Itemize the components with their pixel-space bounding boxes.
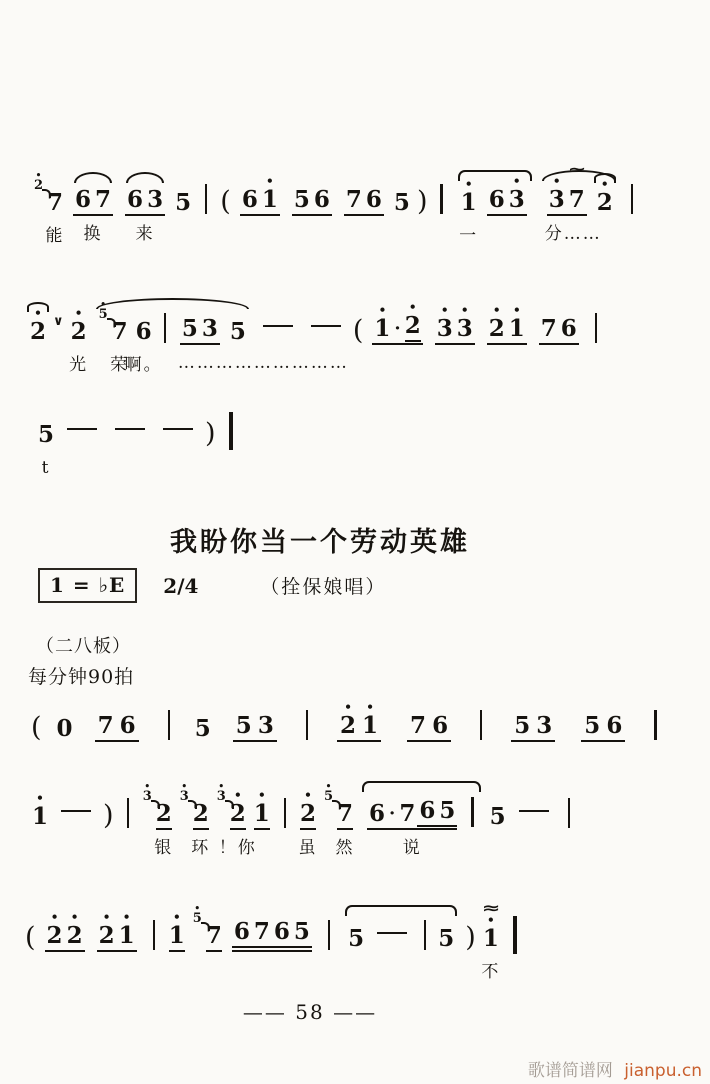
note: 7 bbox=[254, 919, 270, 945]
beam-group: 53……………………… bbox=[180, 316, 220, 345]
barline bbox=[306, 710, 308, 740]
note-digit: 7 bbox=[346, 187, 362, 213]
barline bbox=[153, 920, 155, 950]
note: 1•≈不 bbox=[483, 926, 499, 952]
note: 6 bbox=[366, 187, 382, 213]
music-line-3: (2•2•2•1•1•7•5676555)1•≈不 bbox=[22, 922, 527, 952]
note-digit: 6 bbox=[561, 316, 577, 342]
music-line-prev-1: 7•2能67换63来5(61•56765)1•一63•3•7~分……2• bbox=[30, 186, 643, 216]
beam-group: 3•7~分…… bbox=[547, 187, 587, 216]
duration-dash bbox=[263, 325, 293, 328]
note-digit: 1 bbox=[362, 713, 378, 739]
duration-dash bbox=[115, 428, 145, 431]
note-digit: 1 bbox=[461, 190, 477, 216]
music-line-2: 1•)2•3银2•3环2••3！你1•2•虽7•5然6·765说5 bbox=[28, 800, 580, 830]
octave-dot-icon: • bbox=[549, 177, 565, 186]
lyric: 啊。 bbox=[125, 350, 163, 375]
grace-hook-icon bbox=[107, 318, 116, 327]
note-digit: 5 bbox=[230, 319, 246, 345]
parenthesis: ) bbox=[417, 189, 428, 215]
barline bbox=[595, 313, 597, 343]
note: 7•5荣 bbox=[112, 319, 128, 345]
lyric: 光 bbox=[69, 350, 88, 375]
octave-dot-icon: • bbox=[405, 303, 421, 312]
note: · bbox=[394, 314, 400, 342]
note-digit: 6 bbox=[242, 187, 258, 213]
lyric: 银 bbox=[154, 833, 173, 858]
note: 5 bbox=[294, 919, 310, 945]
note: 2•光 bbox=[71, 319, 87, 345]
parenthesis: ) bbox=[205, 421, 216, 447]
note: 7~ bbox=[569, 187, 585, 213]
beam-group: 53 bbox=[511, 713, 555, 742]
barline bbox=[164, 313, 166, 343]
note-digit: 2 bbox=[597, 190, 613, 216]
note: 2• bbox=[99, 923, 115, 949]
note: 3 bbox=[202, 316, 218, 342]
note-digit: 5 bbox=[182, 316, 198, 342]
note-digit: 6 bbox=[127, 187, 143, 213]
lyric: ……………………… bbox=[178, 353, 349, 373]
note-digit: 5 bbox=[294, 187, 310, 213]
sheet-page: 7•2能67换63来5(61•56765)1•一63•3•7~分……2• 2•∨… bbox=[0, 0, 710, 1084]
note-digit: 6 bbox=[432, 713, 448, 739]
note: 1• bbox=[32, 804, 48, 830]
note: 6 bbox=[120, 713, 136, 739]
note: 6 bbox=[419, 798, 435, 824]
grace-hook-icon bbox=[151, 800, 160, 809]
grace-hook-icon bbox=[188, 800, 197, 809]
note: 2•3环 bbox=[193, 801, 209, 830]
octave-dot-icon: • bbox=[457, 306, 473, 315]
lyric: 然 bbox=[336, 833, 355, 858]
note: 2•虽 bbox=[300, 801, 316, 830]
note: 6 bbox=[561, 316, 577, 342]
beam-group: 76 bbox=[95, 713, 139, 742]
performer-note: （拴保娘唱） bbox=[260, 572, 386, 599]
note-digit: 1 bbox=[262, 187, 278, 213]
note-digit: 6 bbox=[314, 187, 330, 213]
lyric: 来 bbox=[136, 219, 155, 244]
music-line-prev-3: 5t) bbox=[34, 418, 243, 448]
note: 7•5然 bbox=[337, 801, 353, 830]
barline bbox=[654, 710, 656, 740]
note: 5 bbox=[584, 713, 600, 739]
note: 6 bbox=[75, 187, 91, 213]
lyric: 分…… bbox=[545, 219, 602, 244]
note-digit: 2 bbox=[30, 319, 46, 345]
barline bbox=[471, 797, 473, 827]
note-digit: 1 bbox=[374, 316, 390, 342]
parenthesis: ( bbox=[353, 318, 364, 344]
barline bbox=[631, 184, 633, 214]
note: 5 bbox=[490, 804, 506, 830]
octave-dot-icon: • bbox=[437, 306, 453, 315]
beam-group: 76 bbox=[344, 187, 384, 216]
note-digit: 5 bbox=[195, 716, 211, 742]
barline bbox=[424, 920, 426, 950]
lyric: 不 bbox=[481, 957, 500, 982]
octave-dot-icon: • bbox=[509, 306, 525, 315]
slur-icon bbox=[126, 172, 164, 183]
note: 1• bbox=[374, 316, 390, 342]
note: 7 bbox=[98, 713, 114, 739]
octave-dot-icon: • bbox=[461, 180, 477, 189]
beam-group: 6765 bbox=[232, 919, 312, 952]
mordent-icon: ~ bbox=[565, 160, 589, 178]
note: · bbox=[389, 799, 395, 827]
barline bbox=[168, 710, 170, 740]
note: 3 bbox=[258, 713, 274, 739]
note-digit: 0 bbox=[57, 716, 73, 742]
note-digit: 5 bbox=[175, 190, 191, 216]
note-digit: 2 bbox=[405, 313, 421, 339]
note-digit: 2 bbox=[67, 923, 83, 949]
note: 0 bbox=[57, 716, 73, 742]
grace-note: •2 bbox=[32, 174, 45, 198]
parenthesis: ( bbox=[25, 925, 36, 951]
note-digit: 2 bbox=[99, 923, 115, 949]
note: 2•3银 bbox=[156, 801, 172, 830]
duration-dash bbox=[377, 932, 407, 935]
slur-group: 1•一63• bbox=[457, 187, 533, 216]
slur-icon bbox=[345, 905, 457, 916]
note: 5 bbox=[514, 713, 530, 739]
note-digit: 1 bbox=[483, 926, 499, 952]
beam-group: 67换 bbox=[73, 187, 113, 216]
note: 2• bbox=[597, 190, 613, 216]
note-digit: 5 bbox=[490, 804, 506, 830]
slur-group: 6·765说 bbox=[361, 798, 482, 830]
slur-group: 55 bbox=[344, 922, 458, 952]
note: 7 bbox=[541, 316, 557, 342]
beam-group: 56 bbox=[292, 187, 332, 216]
note: 2• bbox=[30, 319, 46, 345]
beam-group: 1•·2• bbox=[372, 313, 422, 345]
note: 2• bbox=[489, 316, 505, 342]
note: 6 bbox=[127, 187, 143, 213]
watermark: 歌谱简谱网 jianpu.cn bbox=[528, 1056, 702, 1081]
note: 2• bbox=[405, 313, 421, 342]
note: 5 bbox=[195, 716, 211, 742]
note: 5 bbox=[439, 798, 455, 824]
octave-dot-icon: • bbox=[509, 177, 525, 186]
note-digit: · bbox=[394, 316, 400, 342]
note: 5t bbox=[38, 422, 54, 448]
lyric: 环 bbox=[191, 833, 210, 858]
note-digit: 6 bbox=[120, 713, 136, 739]
duration-dash bbox=[61, 810, 91, 813]
note: 3 bbox=[147, 187, 163, 213]
note: 1• bbox=[362, 713, 378, 739]
grace-note: •5 bbox=[97, 303, 110, 327]
grace-hook-icon bbox=[332, 800, 341, 809]
note: 6 bbox=[369, 801, 385, 827]
beam-group: 3•3• bbox=[435, 316, 475, 345]
parenthesis: ( bbox=[220, 189, 231, 215]
octave-dot-icon: • bbox=[262, 177, 278, 186]
barline bbox=[284, 798, 286, 828]
note: 5 bbox=[294, 187, 310, 213]
note-digit: · bbox=[389, 801, 395, 827]
octave-dot-icon: • bbox=[340, 703, 356, 712]
music-line-1: (0765532•1•765356 bbox=[25, 712, 673, 742]
beam-group: 63来 bbox=[125, 187, 165, 216]
watermark-site-name: 歌谱简谱网 bbox=[528, 1061, 613, 1081]
note-digit: 2 bbox=[340, 713, 356, 739]
note-digit: 3 bbox=[258, 713, 274, 739]
note: 1• bbox=[509, 316, 525, 342]
note: 7 bbox=[346, 187, 362, 213]
note: 6 bbox=[432, 713, 448, 739]
note: 1• bbox=[119, 923, 135, 949]
note: 7•5 bbox=[206, 923, 222, 952]
note-digit: 1 bbox=[254, 801, 270, 827]
duration-dash bbox=[163, 428, 193, 431]
note: 1• bbox=[262, 187, 278, 213]
grace-note: •5 bbox=[191, 907, 204, 931]
note-digit: 3 bbox=[549, 187, 565, 213]
note: 5 bbox=[236, 713, 252, 739]
note-digit: 2 bbox=[47, 923, 63, 949]
grace-note: •5 bbox=[322, 785, 335, 809]
note: 6 bbox=[314, 187, 330, 213]
octave-dot-icon: • bbox=[489, 306, 505, 315]
lyric: 能 bbox=[46, 221, 65, 246]
lyric: 说 bbox=[403, 833, 422, 858]
slur-group: 3•7~分……2• bbox=[541, 187, 617, 216]
song-title: 我盼你当一个劳动英雄 bbox=[0, 520, 640, 559]
note-digit: 3 bbox=[147, 187, 163, 213]
beam-group: 6·765说 bbox=[367, 798, 457, 830]
note-digit: 3 bbox=[202, 316, 218, 342]
lyric: t bbox=[42, 458, 51, 478]
duration-dash bbox=[67, 428, 97, 431]
note-digit: 5 bbox=[294, 919, 310, 945]
note-digit: 6 bbox=[606, 713, 622, 739]
beam-group: 76 bbox=[407, 713, 451, 742]
slur-icon bbox=[74, 172, 112, 183]
octave-dot-icon: • bbox=[254, 791, 270, 800]
beam-group: 2•1• bbox=[487, 316, 527, 345]
note: 7 bbox=[410, 713, 426, 739]
note: 6 bbox=[489, 187, 505, 213]
barline bbox=[480, 710, 482, 740]
octave-dot-icon: • bbox=[119, 913, 135, 922]
duration-dash bbox=[519, 810, 549, 813]
note-digit: 6 bbox=[136, 319, 152, 345]
grace-hook-icon bbox=[225, 800, 234, 809]
note: 7•2能 bbox=[47, 190, 63, 216]
parenthesis: ( bbox=[31, 715, 42, 741]
tie-icon bbox=[27, 302, 49, 312]
note: 6啊。 bbox=[136, 319, 152, 345]
note-digit: 5 bbox=[439, 798, 455, 824]
note: 2••3！你 bbox=[230, 801, 246, 830]
octave-dot-icon: • bbox=[230, 791, 246, 800]
barline bbox=[205, 184, 207, 214]
lyric: 虽 bbox=[299, 833, 318, 858]
time-signature: 2/4 bbox=[163, 574, 198, 598]
note-digit: 7 bbox=[98, 713, 114, 739]
beam-group: 2•1• bbox=[97, 923, 137, 952]
final-barline bbox=[229, 412, 234, 450]
note: 6 bbox=[242, 187, 258, 213]
barline bbox=[328, 920, 330, 950]
mordent-icon: ≈ bbox=[479, 899, 503, 917]
note: 5 bbox=[348, 926, 364, 952]
note: 2• bbox=[67, 923, 83, 949]
watermark-url[interactable]: jianpu.cn bbox=[624, 1061, 702, 1081]
note: 1•一 bbox=[461, 190, 477, 216]
note-digit: 3 bbox=[509, 187, 525, 213]
note: 3• bbox=[457, 316, 473, 342]
lyric: 换 bbox=[84, 219, 103, 244]
note-digit: 5 bbox=[438, 926, 454, 952]
note-digit: 6 bbox=[75, 187, 91, 213]
barline bbox=[568, 798, 570, 828]
barline bbox=[440, 184, 442, 214]
grace-hook-icon bbox=[42, 189, 51, 198]
beam-group: 76 bbox=[539, 316, 579, 345]
octave-dot-icon: • bbox=[71, 309, 87, 318]
beam-group: 56 bbox=[581, 713, 625, 742]
note-digit: 1 bbox=[169, 923, 185, 949]
note: 5 bbox=[230, 319, 246, 345]
note-digit: 3 bbox=[457, 316, 473, 342]
note-digit: 6 bbox=[366, 187, 382, 213]
note-digit: 5 bbox=[38, 422, 54, 448]
note-digit: 6 bbox=[234, 919, 250, 945]
note: 1• bbox=[254, 801, 270, 830]
parenthesis: ) bbox=[103, 803, 114, 829]
note-digit: 7 bbox=[254, 919, 270, 945]
note-digit: 3 bbox=[536, 713, 552, 739]
note: 5 bbox=[438, 926, 454, 952]
note: 3• bbox=[549, 187, 565, 213]
slur-icon bbox=[362, 781, 481, 792]
grace-note: •3 bbox=[215, 785, 228, 809]
note-digit: 5 bbox=[584, 713, 600, 739]
grace-note: •3 bbox=[178, 785, 191, 809]
note: 2• bbox=[340, 713, 356, 739]
tempo-label: 每分钟90拍 bbox=[28, 662, 134, 689]
note-digit: 6 bbox=[419, 798, 435, 824]
note-digit: 5 bbox=[514, 713, 530, 739]
note-digit: 5 bbox=[236, 713, 252, 739]
barline bbox=[127, 798, 129, 828]
final-barline bbox=[513, 916, 518, 954]
key-signature-box: 1 = ♭E bbox=[38, 568, 137, 603]
note-digit: 6 bbox=[369, 801, 385, 827]
beam-group: 65 bbox=[417, 798, 457, 827]
note-digit: 2 bbox=[489, 316, 505, 342]
note-digit: 5 bbox=[394, 190, 410, 216]
beam-group: 2•2• bbox=[45, 923, 85, 952]
banshi-label: （二八板） bbox=[36, 632, 131, 658]
duration-dash bbox=[311, 325, 341, 328]
note-digit: 6 bbox=[489, 187, 505, 213]
note-digit: 7 bbox=[569, 187, 585, 213]
beam-group: 63• bbox=[487, 187, 527, 216]
grace-note: •3 bbox=[141, 785, 154, 809]
note: 5 bbox=[182, 316, 198, 342]
octave-dot-icon: • bbox=[169, 913, 185, 922]
note: 5 bbox=[394, 190, 410, 216]
music-line-prev-2: 2•∨2•光7•5荣6啊。53………………………5(1•·2•3•3•2•1•7… bbox=[26, 315, 607, 345]
beam-group: 2•1• bbox=[337, 713, 381, 742]
grace-hook-icon bbox=[201, 922, 210, 931]
octave-dot-icon: • bbox=[362, 703, 378, 712]
note: 3• bbox=[509, 187, 525, 213]
note-digit: 7 bbox=[399, 801, 415, 827]
note: 3• bbox=[437, 316, 453, 342]
note: 6 bbox=[234, 919, 250, 945]
octave-dot-icon: • bbox=[483, 916, 499, 925]
note-digit: 2 bbox=[71, 319, 87, 345]
note-digit: 1 bbox=[509, 316, 525, 342]
parenthesis: ) bbox=[465, 925, 476, 951]
note-digit: 5 bbox=[348, 926, 364, 952]
octave-dot-icon: • bbox=[300, 791, 316, 800]
note-digit: 7 bbox=[410, 713, 426, 739]
lyric: ！你 bbox=[219, 833, 257, 858]
note: 2• bbox=[47, 923, 63, 949]
lyric: 一 bbox=[459, 221, 478, 246]
slur-icon bbox=[96, 298, 249, 309]
note: 6 bbox=[274, 919, 290, 945]
beam-group: 61• bbox=[240, 187, 280, 216]
beam-group: 53 bbox=[233, 713, 277, 742]
note-digit: 6 bbox=[274, 919, 290, 945]
octave-dot-icon: • bbox=[374, 306, 390, 315]
octave-dot-icon: • bbox=[67, 913, 83, 922]
note-digit: 1 bbox=[119, 923, 135, 949]
key-row: 1 = ♭E 2/4 （拴保娘唱） bbox=[38, 568, 386, 603]
note: 3 bbox=[536, 713, 552, 739]
breath-mark-icon: ∨ bbox=[53, 314, 64, 329]
slur-group: 7•5荣6啊。53………………………5 bbox=[95, 315, 250, 345]
note: 6 bbox=[606, 713, 622, 739]
note-digit: 7 bbox=[95, 187, 111, 213]
note: 5 bbox=[175, 190, 191, 216]
octave-dot-icon: • bbox=[47, 913, 63, 922]
note-digit: 7 bbox=[541, 316, 557, 342]
note: 7 bbox=[399, 801, 415, 827]
note: 7 bbox=[95, 187, 111, 213]
page-number: —— 58 —— bbox=[0, 1000, 620, 1024]
note-digit: 1 bbox=[32, 804, 48, 830]
tie-icon bbox=[594, 173, 616, 183]
note: 1• bbox=[169, 923, 185, 952]
octave-dot-icon: • bbox=[99, 913, 115, 922]
note-digit: 3 bbox=[437, 316, 453, 342]
octave-dot-icon: • bbox=[32, 794, 48, 803]
note-digit: 2 bbox=[300, 801, 316, 827]
